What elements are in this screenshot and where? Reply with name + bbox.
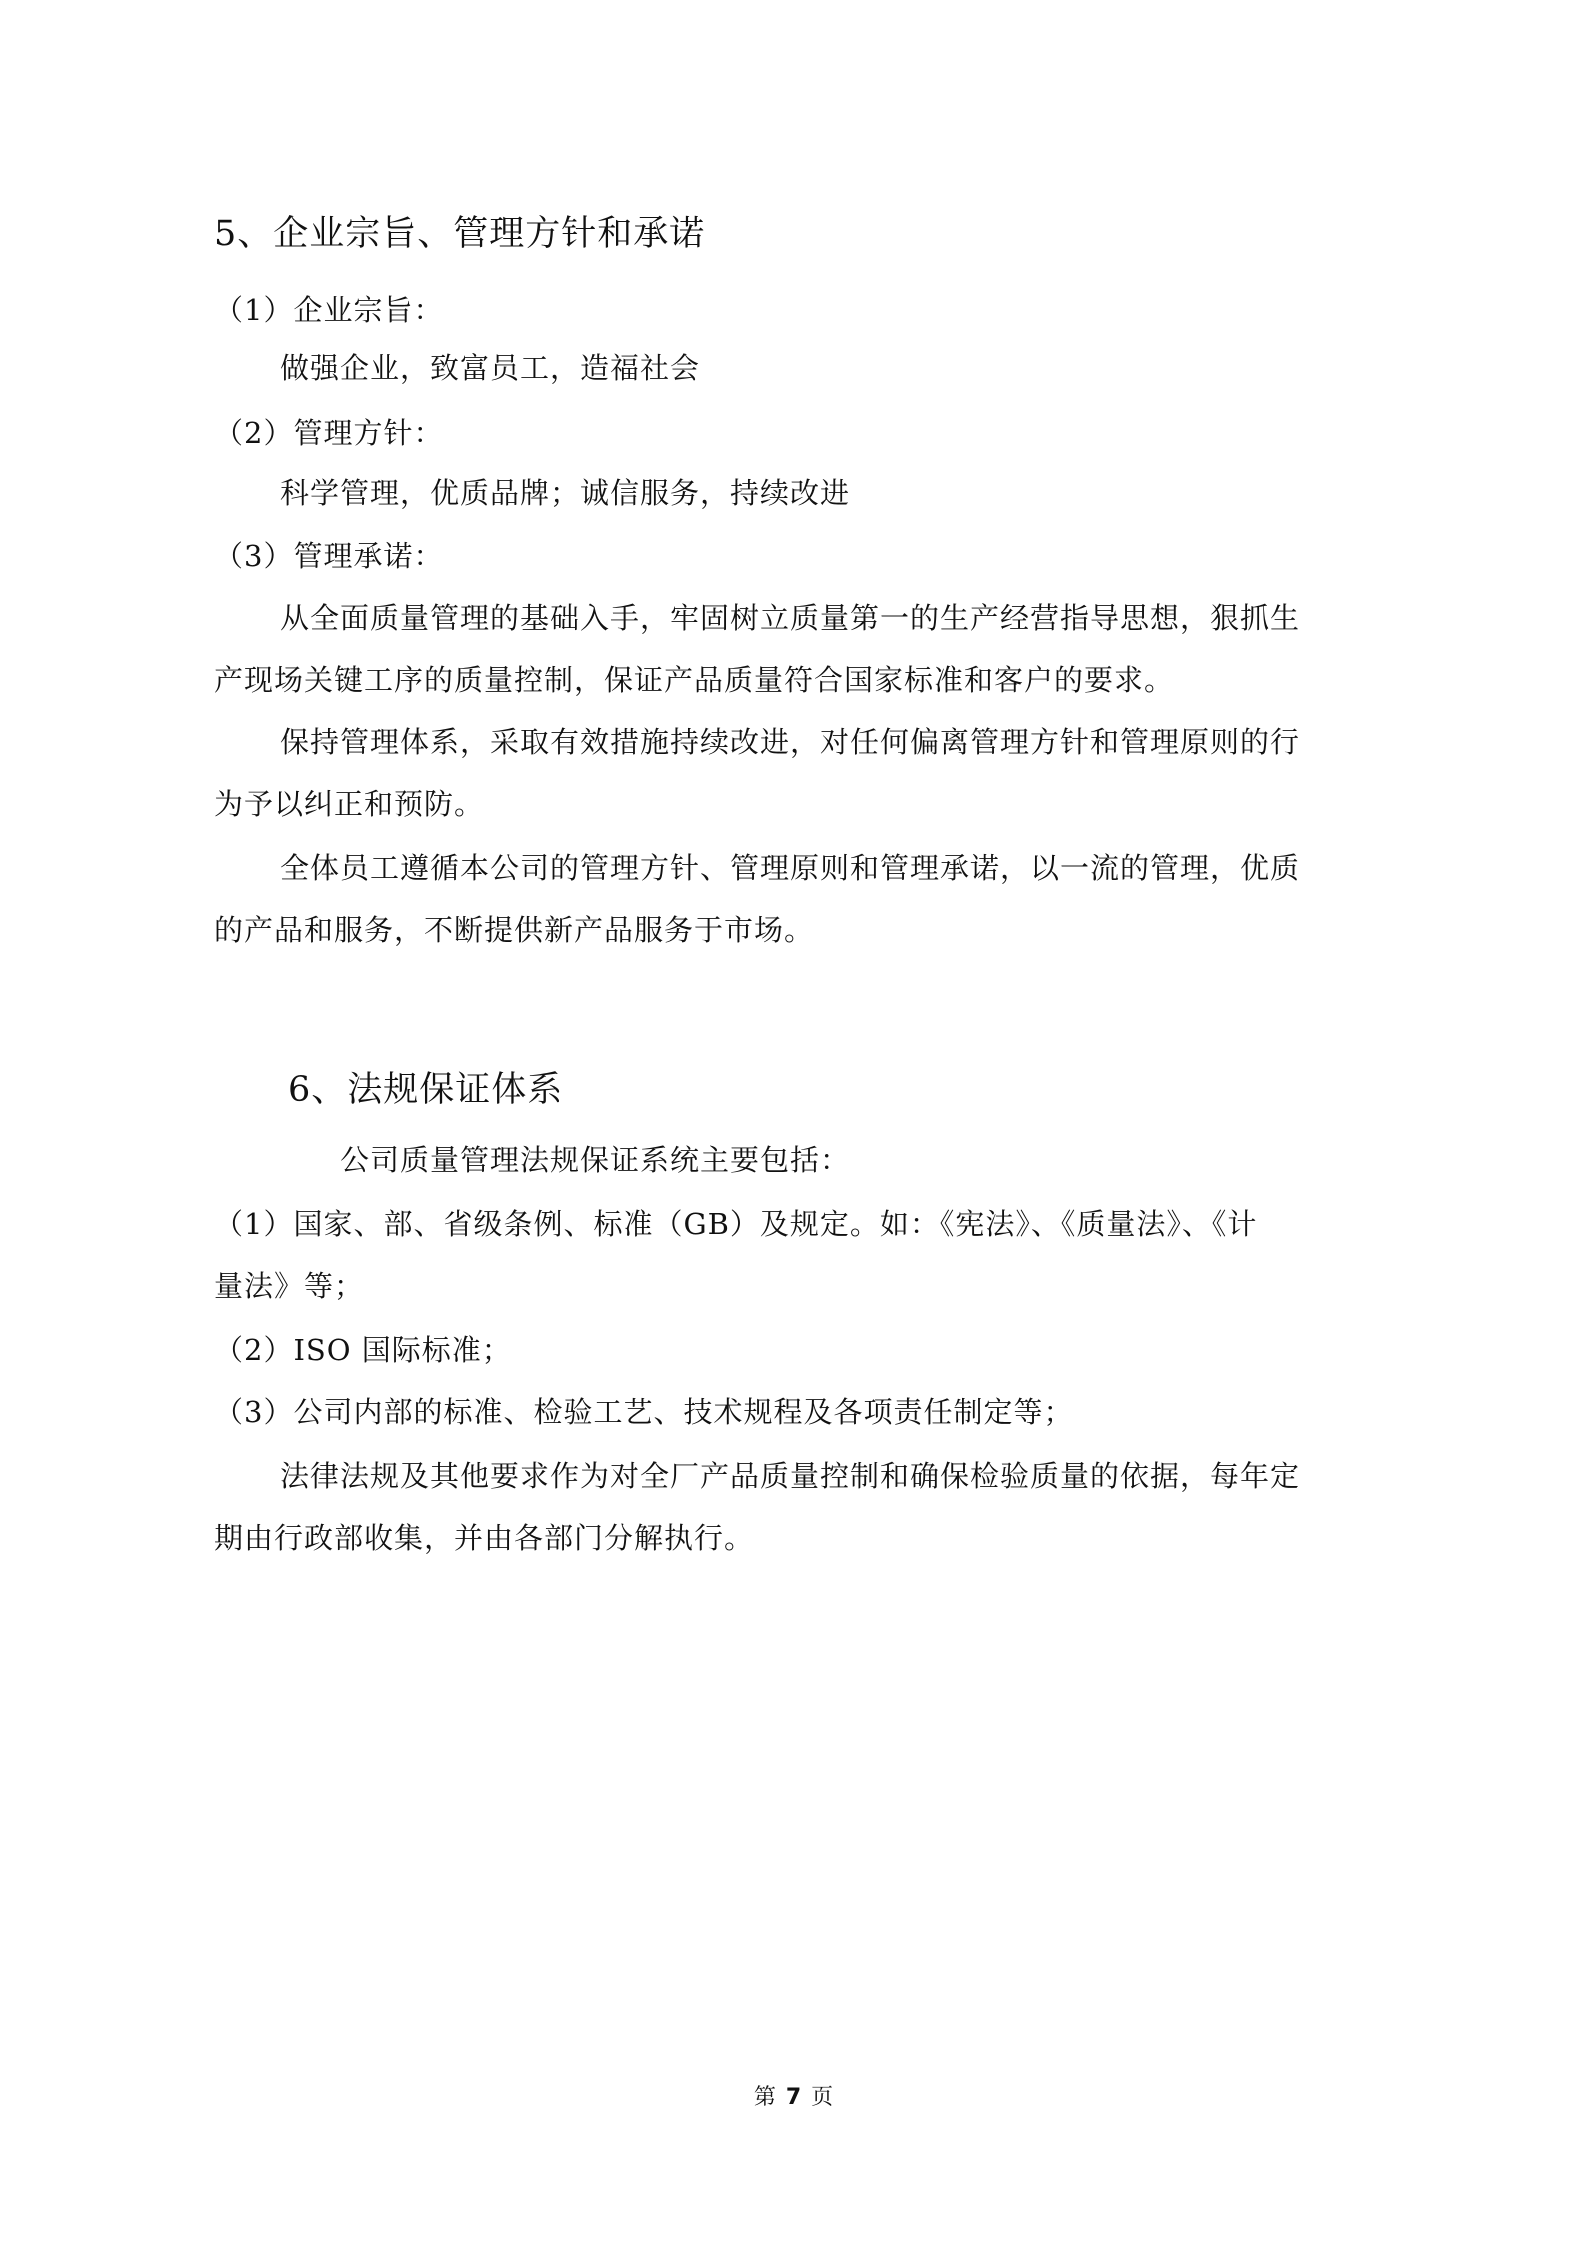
page-number: 7 <box>786 2085 801 2110</box>
commitment-paragraph-3-line-1: 全体员工遵循本公司的管理方针、管理原则和管理承诺，以一流的管理，优质 <box>280 850 1300 886</box>
regulations-closing-line-1: 法律法规及其他要求作为对全厂产品质量控制和确保检验质量的依据，每年定 <box>280 1458 1300 1494</box>
document-page: 5、企业宗旨、管理方针和承诺 （1）企业宗旨： 做强企业，致富员工，造福社会 （… <box>0 0 1587 2245</box>
regulation-item-3: （3）公司内部的标准、检验工艺、技术规程及各项责任制定等； <box>214 1394 1073 1430</box>
page-footer: 第7页 <box>0 2083 1587 2113</box>
commitment-label: （3）管理承诺： <box>214 538 443 574</box>
regulations-intro: 公司质量管理法规保证系统主要包括： <box>340 1142 850 1178</box>
commitment-paragraph-2-line-2: 为予以纠正和预防。 <box>214 786 484 822</box>
page-number-prefix: 第 <box>754 2085 776 2110</box>
section-6-heading: 6、法规保证体系 <box>288 1068 563 1112</box>
section-5-heading: 5、企业宗旨、管理方针和承诺 <box>214 212 705 256</box>
commitment-paragraph-2-line-1: 保持管理体系，采取有效措施持续改进，对任何偏离管理方针和管理原则的行 <box>280 724 1300 760</box>
commitment-paragraph-1-line-1: 从全面质量管理的基础入手，牢固树立质量第一的生产经营指导思想，狠抓生 <box>280 600 1300 636</box>
regulation-item-1-line-1: （1）国家、部、省级条例、标准（GB）及规定。如：《宪法》、《质量法》、《计 <box>214 1206 1257 1242</box>
regulations-closing-line-2: 期由行政部收集，并由各部门分解执行。 <box>214 1520 754 1556</box>
policy-content: 科学管理，优质品牌；诚信服务，持续改进 <box>280 475 850 511</box>
policy-label: （2）管理方针： <box>214 415 443 451</box>
commitment-paragraph-3-line-2: 的产品和服务，不断提供新产品服务于市场。 <box>214 912 814 948</box>
commitment-paragraph-1-line-2: 产现场关键工序的质量控制，保证产品质量符合国家标准和客户的要求。 <box>214 662 1174 698</box>
regulation-item-1-line-2: 量法》等； <box>214 1268 364 1304</box>
purpose-content: 做强企业，致富员工，造福社会 <box>280 350 700 386</box>
regulation-item-2: （2）ISO 国际标准； <box>214 1332 512 1368</box>
page-number-suffix: 页 <box>811 2085 833 2110</box>
purpose-label: （1）企业宗旨： <box>214 292 443 328</box>
